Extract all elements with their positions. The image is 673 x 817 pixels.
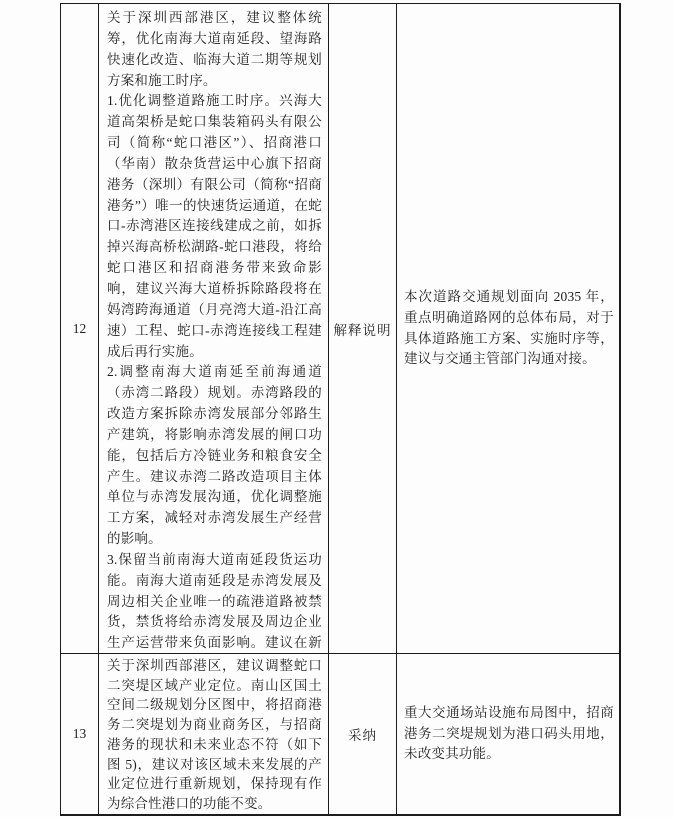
opinion-paragraph: 2.调整南海大道南延至前海通道（赤湾二路段）规划。赤湾路段的改造方案拆除赤湾发展…	[107, 362, 322, 550]
row-number: 12	[73, 321, 87, 337]
opinion-paragraph: 3.保留当前南海大道南延段货运功能。南海大道南延段是赤湾发展及周边相关企业唯一的…	[107, 550, 322, 654]
document-page: 12 关于深圳西部港区，建议整体统筹，优化南海大道南延段、望海路快速化改造、临海…	[0, 0, 673, 817]
opinion-cell: 关于深圳西部港区，建议整体统筹，优化南海大道南延段、望海路快速化改造、临海大道二…	[99, 4, 329, 654]
row-number: 13	[73, 726, 87, 742]
status-label: 采纳	[348, 724, 377, 744]
status-cell: 采纳	[329, 654, 397, 816]
response-text: 重大交通场站设施布局图中，招商港务二突堤规划为港口码头用地，未改变其功能。	[404, 703, 614, 766]
table-row-13: 13 关于深圳西部港区，建议调整蛇口二突堤区域产业定位。南山区国土空间二级规划分…	[61, 654, 621, 816]
opinion-paragraph: 关于深圳西部港区，建议调整蛇口二突堤区域产业定位。南山区国土空间二级规划分区图中…	[107, 656, 322, 814]
table-row-12: 12 关于深圳西部港区，建议整体统筹，优化南海大道南延段、望海路快速化改造、临海…	[61, 4, 621, 654]
row-number-cell: 12	[61, 4, 99, 654]
opinion-paragraph: 1.优化调整道路施工时序。兴海大道高架桥是蛇口集装箱码头有限公司（简称“蛇口港区…	[107, 91, 322, 362]
response-cell: 本次道路交通规划面向 2035 年，重点明确道路网的总体布局，对于具体道路施工方…	[397, 4, 621, 654]
opinion-cell: 关于深圳西部港区，建议调整蛇口二突堤区域产业定位。南山区国土空间二级规划分区图中…	[99, 654, 329, 816]
status-label: 解释说明	[334, 319, 392, 339]
feedback-table: 12 关于深圳西部港区，建议整体统筹，优化南海大道南延段、望海路快速化改造、临海…	[60, 3, 621, 816]
opinion-paragraph: 关于深圳西部港区，建议整体统筹，优化南海大道南延段、望海路快速化改造、临海大道二…	[107, 8, 322, 91]
row-number-cell: 13	[61, 654, 99, 816]
status-cell: 解释说明	[329, 4, 397, 654]
response-cell: 重大交通场站设施布局图中，招商港务二突堤规划为港口码头用地，未改变其功能。	[397, 654, 621, 816]
response-text: 本次道路交通规划面向 2035 年，重点明确道路网的总体布局，对于具体道路施工方…	[404, 287, 614, 371]
